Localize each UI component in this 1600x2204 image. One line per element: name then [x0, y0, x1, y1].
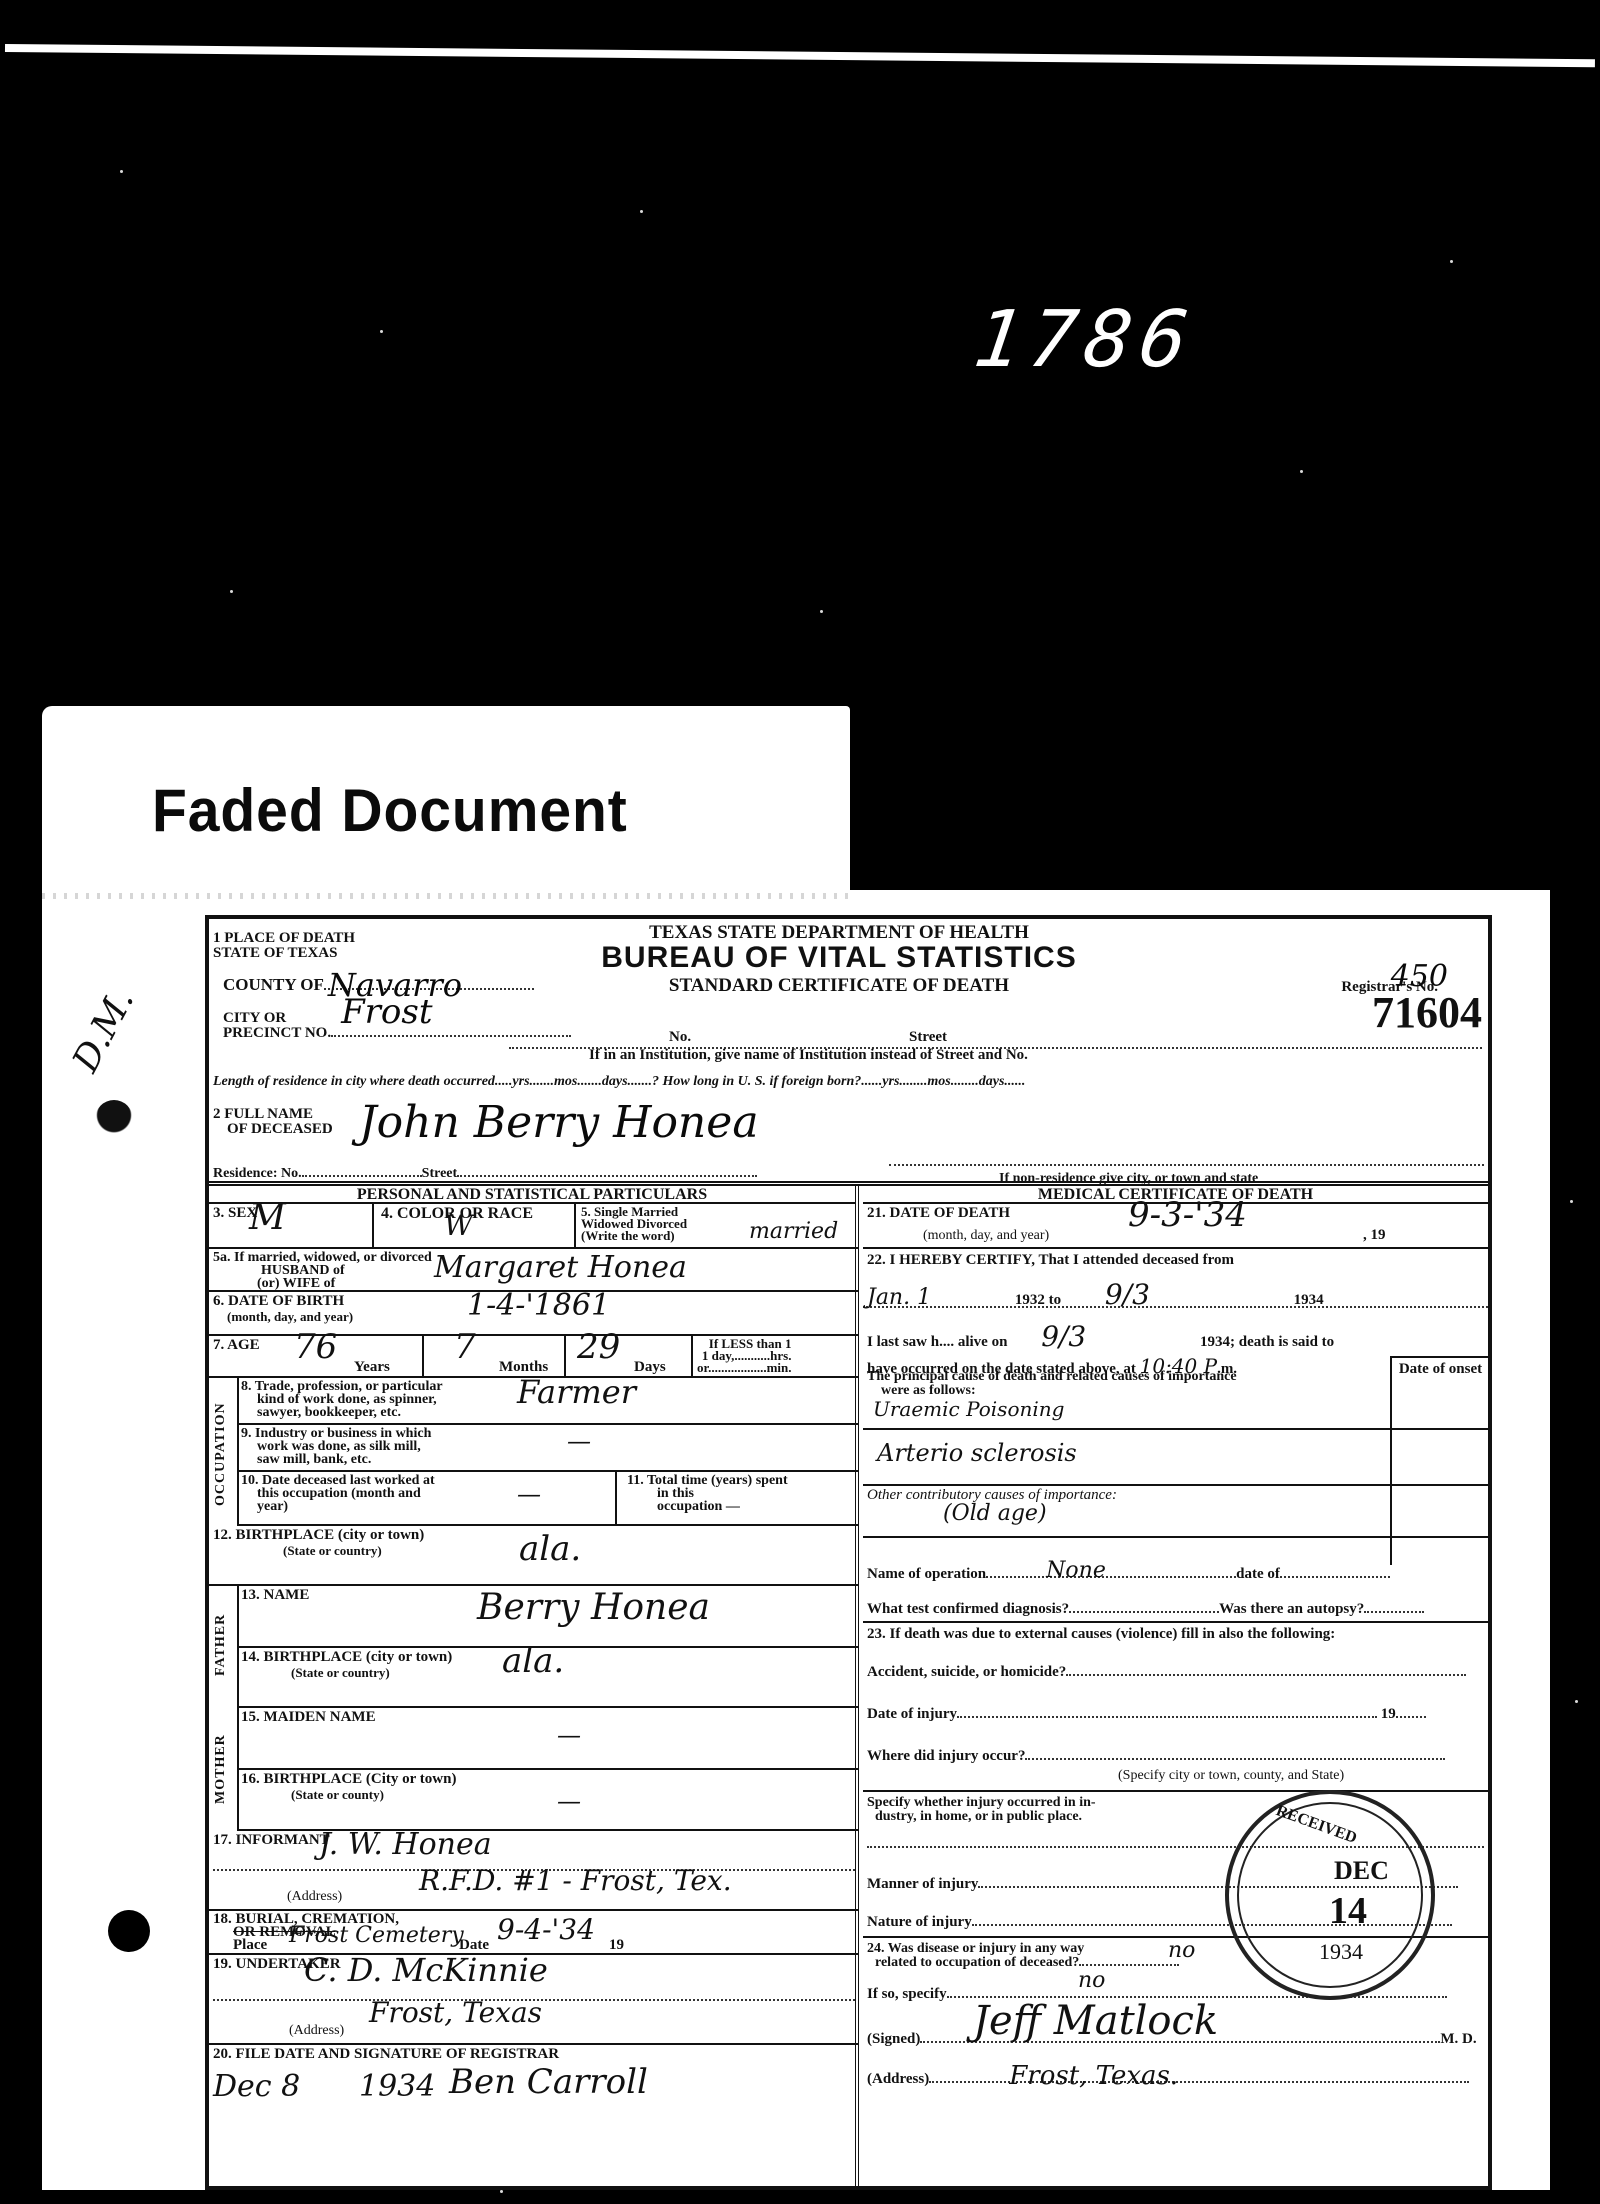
bureau-title: BUREAU OF VITAL STATISTICS	[539, 941, 1139, 975]
dod-label: 21. DATE OF DEATH	[867, 1206, 1010, 1221]
medical-certificate-section: MEDICAL CERTIFICATE OF DEATH 21. DATE OF…	[863, 1186, 1488, 2186]
operation-date-label: date of	[1236, 1566, 1280, 1582]
cause-label-2: were as follows:	[867, 1384, 1373, 1398]
birthplace-value: ala.	[519, 1542, 581, 1557]
last-worked-label: 10. Date deceased last worked at this oc…	[241, 1474, 435, 1513]
injury-year-label: 19	[1381, 1706, 1396, 1722]
place-of-death-title: 1 PLACE OF DEATH	[213, 931, 355, 946]
operation-label: Name of operation	[867, 1566, 986, 1582]
specify-value: no	[1078, 1968, 1105, 1993]
burial-year-suffix: 19	[609, 1939, 624, 1952]
father-birthplace-value: ala.	[502, 1654, 564, 1669]
burial-place-value: Frost Cemetery	[289, 1929, 464, 1942]
days-label: Days	[634, 1360, 666, 1375]
occupation-side-label: OCCUPATION	[213, 1382, 233, 1527]
operation-line: Name of operationNonedate of	[863, 1566, 1488, 1583]
received-stamp: RECEIVED DEC 14 1934	[1225, 1790, 1435, 2000]
personal-particulars-section: PERSONAL AND STATISTICAL PARTICULARS 3. …	[209, 1186, 859, 2186]
city-value: Frost	[341, 1005, 432, 1020]
other-cause-row: Other contributory causes of importance:…	[863, 1486, 1488, 1538]
years-label: Years	[354, 1360, 390, 1375]
autopsy-label: Was there an autopsy?	[1219, 1601, 1364, 1617]
mother-name-label: 15. MAIDEN NAME	[241, 1710, 376, 1725]
informant-address-value: R.F.D. #1 - Frost, Tex.	[419, 1873, 732, 1888]
film-speckle	[380, 330, 383, 333]
burial-row: 18. BURIAL, CREMATION, OR REMOVAL Place …	[209, 1911, 859, 1955]
street-line: No. Street	[509, 1029, 1482, 1049]
age-months-value: 7	[454, 1340, 476, 1355]
burial-date-value: 9-4-'34	[497, 1923, 595, 1936]
film-speckle	[820, 610, 823, 613]
place-of-death-label: 1 PLACE OF DEATH STATE OF TEXAS	[213, 931, 355, 961]
onset-label: Date of onset	[1393, 1362, 1488, 1377]
informant-address-label: (Address)	[287, 1889, 342, 1904]
age-row: 7. AGE 76 Years 7 Months 29 Days If LESS…	[209, 1336, 859, 1378]
attended-line: Jan. 1 1932 to 9/3 1934	[863, 1278, 1488, 1308]
father-bp-label-2: (State or country)	[241, 1665, 452, 1680]
divider	[615, 1472, 617, 1526]
test-line: What test confirmed diagnosis?Was there …	[863, 1601, 1488, 1623]
last-saw-line: I last saw h.... alive on 9/3 1934; deat…	[863, 1320, 1488, 1350]
punch-hole	[108, 1910, 150, 1952]
age-years-value: 76	[294, 1340, 337, 1355]
full-name-label-2: OF DECEASED	[213, 1122, 333, 1137]
injury-date-line: Date of injury 19	[863, 1706, 1488, 1723]
dob-label-2: (month, day, and year)	[213, 1309, 353, 1324]
state-label: STATE OF TEXAS	[213, 946, 355, 961]
age-days-value: 29	[577, 1340, 620, 1355]
informant-row: 17. INFORMANT J. W. Honea (Address) R.F.…	[209, 1831, 859, 1911]
injury-where-line: Where did injury occur? (Specify city or…	[863, 1748, 1488, 1792]
mother-birthplace-value: —	[557, 1794, 581, 1809]
last-saw-year: 1934	[1200, 1334, 1230, 1350]
stamp-day: 14	[1329, 1889, 1367, 1933]
file-date-row: 20. FILE DATE AND SIGNATURE OF REGISTRAR…	[209, 2045, 859, 2120]
divider	[564, 1336, 566, 1378]
father-name-value: Berry Honea	[477, 1600, 710, 1615]
mother-name-row: 15. MAIDEN NAME —	[237, 1708, 859, 1770]
last-saw-value: 9/3	[1041, 1320, 1086, 1353]
dod-value: 9-3-'34	[1128, 1208, 1247, 1223]
trade-row: 8. Trade, profession, or particular kind…	[237, 1378, 859, 1425]
injury-date-label: Date of injury	[867, 1706, 957, 1722]
dob-label: 6. DATE OF BIRTH (month, day, and year)	[213, 1294, 353, 1324]
father-side-label: FATHER	[213, 1590, 233, 1700]
film-speckle	[1450, 260, 1453, 263]
birthplace-label: 12. BIRTHPLACE (city or town) (State or …	[213, 1528, 424, 1558]
mother-bp-label-2: (State or county)	[241, 1787, 456, 1802]
undertaker-value: C. D. McKinnie	[304, 1963, 548, 1978]
test-label: What test confirmed diagnosis?	[867, 1601, 1069, 1617]
divider	[422, 1336, 424, 1378]
other-cause-value: (Old age)	[943, 1506, 1047, 1521]
trade-value: Farmer	[517, 1386, 636, 1399]
cause-2-value: Arterio sclerosis	[877, 1446, 1077, 1461]
file-date-label: 20. FILE DATE AND SIGNATURE OF REGISTRAR	[213, 2047, 559, 2062]
street-label: Street	[909, 1029, 947, 1046]
physician-address-label: (Address)	[867, 2071, 929, 2087]
less-than-day-label: If LESS than 1 1 day,...........hrs. or.…	[697, 1338, 792, 1374]
attended-from-year: 1932	[1015, 1292, 1045, 1308]
physician-signature: Jeff Matlock	[973, 1998, 1218, 2044]
spouse-label: 5a. If married, widowed, or divorced HUS…	[213, 1251, 432, 1290]
cause-1-value: Uraemic Poisoning	[873, 1402, 1064, 1417]
marital-label-3: (Write the word)	[581, 1230, 687, 1242]
cause-label-1: The principal cause of death and related…	[867, 1370, 1373, 1384]
attended-to-year: 1934	[1294, 1292, 1324, 1308]
birthplace-label-2: (State or country)	[213, 1543, 424, 1558]
dod-suffix: , 19	[1363, 1228, 1386, 1243]
attended-to-value: 9/3	[1105, 1278, 1150, 1311]
birthplace-row: 12. BIRTHPLACE (city or town) (State or …	[209, 1526, 859, 1586]
undertaker-address-label: (Address)	[289, 2023, 344, 2038]
film-speckle	[1575, 1700, 1578, 1703]
industry-value: —	[567, 1435, 591, 1448]
occ-related-value: no	[1168, 1938, 1195, 1963]
film-speckle	[120, 170, 123, 173]
faded-document-label: Faded Document	[42, 706, 850, 911]
death-said-label: ; death is said to	[1230, 1334, 1334, 1350]
industry-row: 9. Industry or business in which work wa…	[237, 1425, 859, 1472]
md-label: M. D.	[1440, 2031, 1476, 2047]
file-date-value: Dec 8	[213, 2079, 300, 2094]
trade-label: 8. Trade, profession, or particular kind…	[241, 1380, 443, 1419]
full-name-label: 2 FULL NAME OF DECEASED	[213, 1107, 333, 1137]
mother-bp-label-1: 16. BIRTHPLACE (City or town)	[241, 1772, 456, 1787]
specify-label: If so, specify	[867, 1986, 947, 2002]
death-certificate: 1 PLACE OF DEATH STATE OF TEXAS COUNTY O…	[205, 915, 1492, 2190]
injury-where-label: Where did injury occur?	[867, 1748, 1025, 1764]
birthplace-label-1: 12. BIRTHPLACE (city or town)	[213, 1528, 424, 1543]
file-year-value: 1934	[359, 2079, 435, 2094]
total-time-label: 11. Total time (years) spent in this occ…	[627, 1474, 788, 1513]
stamp-year: 1934	[1319, 1939, 1363, 1965]
residence-length-line: Length of residence in city where death …	[213, 1074, 1484, 1090]
last-saw-label: I last saw h.... alive on	[867, 1334, 1007, 1350]
dod-sub-label: (month, day, and year)	[923, 1228, 1049, 1243]
informant-label: 17. INFORMANT	[213, 1833, 330, 1848]
onset-top-line	[1390, 1356, 1488, 1358]
certify-line: 22. I HEREBY CERTIFY, That I attended de…	[863, 1252, 1488, 1269]
race-value: W	[444, 1218, 473, 1233]
father-name-row: 13. NAME Berry Honea	[237, 1586, 859, 1648]
accident-label: Accident, suicide, or homicide?	[867, 1664, 1066, 1680]
cause-1-row: Uraemic Poisoning	[863, 1400, 1488, 1430]
last-worked-row: 10. Date deceased last worked at this oc…	[237, 1472, 859, 1526]
sex-race-marital-row: 3. SEX M 4. COLOR OR RACE W 5. Single Ma…	[209, 1204, 859, 1249]
residence-label: Residence: No.	[213, 1166, 302, 1181]
scanner-edge-strip	[5, 44, 1595, 67]
attended-from-value: Jan. 1	[867, 1285, 931, 1310]
mother-name-value: —	[557, 1728, 581, 1743]
undertaker-row: 19. UNDERTAKER C. D. McKinnie (Address) …	[209, 1955, 859, 2045]
film-speckle	[1300, 470, 1303, 473]
industry-label: 9. Industry or business in which work wa…	[241, 1427, 431, 1466]
total-time-label-3: occupation —	[627, 1500, 788, 1513]
undertaker-address-value: Frost, Texas	[369, 2005, 542, 2020]
dob-label-1: 6. DATE OF BIRTH	[213, 1294, 353, 1309]
margin-blot	[95, 1100, 133, 1138]
film-speckle	[230, 590, 233, 593]
signed-label: (Signed)	[867, 2031, 920, 2047]
no-label: No.	[669, 1029, 691, 1046]
cause-2-row: Arterio sclerosis	[863, 1430, 1488, 1486]
manner-label: Manner of injury	[867, 1876, 978, 1892]
father-bp-label-1: 14. BIRTHPLACE (city or town)	[241, 1650, 452, 1665]
total-time-value: —	[726, 1499, 740, 1514]
accident-line: Accident, suicide, or homicide?	[863, 1664, 1488, 1681]
county-label: COUNTY OF	[223, 975, 324, 994]
mother-birthplace-row: 16. BIRTHPLACE (City or town) (State or …	[237, 1770, 859, 1831]
certificate-header: 1 PLACE OF DEATH STATE OF TEXAS COUNTY O…	[209, 919, 1488, 1079]
last-worked-value: —	[517, 1488, 541, 1501]
less-than-day-3: or..................min.	[697, 1362, 792, 1374]
industry-label-3: saw mill, bank, etc.	[241, 1453, 431, 1466]
mother-side-label: MOTHER	[213, 1712, 233, 1827]
marital-label: 5. Single Married Widowed Divorced (Writ…	[581, 1206, 687, 1242]
archive-stamp-number: 1786	[969, 295, 1201, 385]
divider	[574, 1204, 576, 1249]
last-worked-label-3: year)	[241, 1500, 435, 1513]
film-speckle	[640, 210, 643, 213]
faded-document-label-text: Faded Document	[152, 776, 628, 845]
nature-label: Nature of injury	[867, 1914, 972, 1930]
age-label: 7. AGE	[213, 1338, 260, 1353]
registrar-signature: Ben Carroll	[449, 2075, 648, 2090]
residence-street-label: Street	[422, 1166, 458, 1181]
film-speckle	[1570, 1200, 1573, 1203]
trade-label-3: sawyer, bookkeeper, etc.	[241, 1406, 443, 1419]
full-name-label-1: 2 FULL NAME	[213, 1107, 333, 1122]
marital-value: married	[749, 1224, 838, 1239]
injury-where-sublabel: (Specify city or town, county, and State…	[1118, 1768, 1344, 1784]
city-label-2: PRECINCT NO.	[223, 1025, 331, 1041]
cause-label: The principal cause of death and related…	[863, 1370, 1373, 1398]
father-name-label: 13. NAME	[241, 1588, 309, 1603]
occ-related-label-text: related to occupation of deceased?	[875, 1955, 1079, 1970]
mother-birthplace-label: 16. BIRTHPLACE (City or town) (State or …	[241, 1772, 456, 1802]
spouse-value: Margaret Honea	[434, 1261, 687, 1274]
residence-field: Residence: No.Street	[213, 1166, 757, 1182]
father-birthplace-label: 14. BIRTHPLACE (city or town) (State or …	[241, 1650, 452, 1680]
spouse-row: 5a. If married, widowed, or divorced HUS…	[209, 1249, 859, 1292]
external-causes-label: 23. If death was due to external causes …	[863, 1626, 1488, 1643]
film-speckle	[500, 2190, 503, 2193]
stamp-month: DEC	[1334, 1856, 1389, 1886]
sex-value: M	[249, 1210, 286, 1225]
total-time-label-1: 11. Total time (years) spent	[627, 1474, 788, 1487]
physician-address-line: (Address)Frost, Texas.	[863, 2071, 1488, 2088]
personal-section-title: PERSONAL AND STATISTICAL PARTICULARS	[209, 1186, 855, 1204]
nonresidence-line	[889, 1164, 1484, 1166]
injury-place-label-1: Specify whether injury occurred in in-	[867, 1796, 1488, 1810]
certificate-title: STANDARD CERTIFICATE OF DEATH	[589, 975, 1089, 997]
institution-note: If in an Institution, give name of Insti…	[589, 1047, 1028, 1064]
spouse-label-3: (or) WIFE of	[213, 1277, 432, 1290]
dob-value: 1-4-'1861	[467, 1298, 610, 1313]
informant-value: J. W. Honea	[319, 1837, 492, 1852]
physician-address-value: Frost, Texas.	[1009, 2061, 1178, 2091]
date-of-death-row: 21. DATE OF DEATH (month, day, and year)…	[863, 1204, 1488, 1249]
deceased-full-name: John Berry Honea	[359, 1097, 759, 1148]
attended-to-label: to	[1049, 1292, 1062, 1308]
total-time-label-text: occupation	[657, 1499, 722, 1514]
divider	[691, 1336, 693, 1378]
father-birthplace-row: 14. BIRTHPLACE (city or town) (State or …	[237, 1648, 859, 1708]
label-noise	[42, 893, 850, 899]
divider	[372, 1204, 374, 1249]
operation-value: None	[1046, 1558, 1106, 1583]
